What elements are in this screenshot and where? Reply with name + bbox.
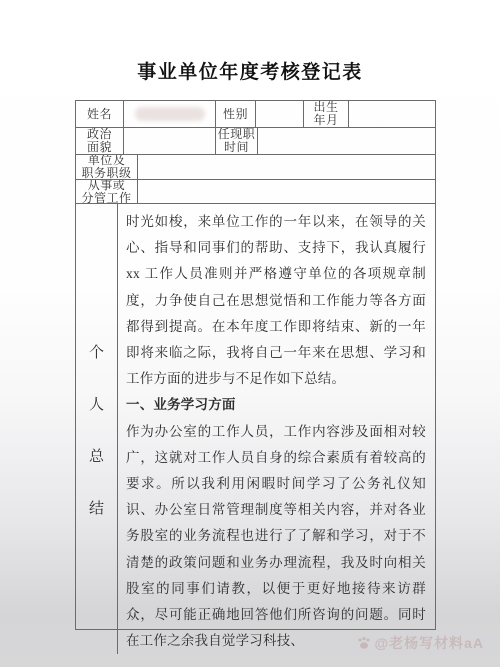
form-row-unit: 单位及 职务职级 xyxy=(76,155,435,180)
name-value-cell xyxy=(124,101,216,127)
watermark-text: @老杨写材料aA xyxy=(374,633,484,653)
summary-section-heading: 一、业务学习方面 xyxy=(126,392,426,418)
duty-label-line2: 分管工作 xyxy=(81,192,131,204)
tenure-label-line2: 时间 xyxy=(224,141,249,154)
political-label-line2: 面貌 xyxy=(87,141,112,154)
birth-value-cell xyxy=(349,101,435,127)
unit-label-line2: 职务职级 xyxy=(81,167,131,179)
redacted-name-blur xyxy=(135,107,205,121)
form-row-basic-info: 姓名 性别 出生 年月 xyxy=(76,101,435,128)
duty-label-line1: 从事或 xyxy=(88,180,126,192)
watermark-paw-icon xyxy=(357,636,371,650)
tenure-value-cell xyxy=(258,128,435,154)
tenure-label-cell: 任现职 时间 xyxy=(216,128,258,154)
gender-value-cell xyxy=(256,101,304,127)
summary-paragraph-1: 时光如梭，来单位工作的一年以来，在领导的关心、指导和同事们的帮助、支持下，我认真… xyxy=(126,209,426,392)
summary-label-char: 人 xyxy=(89,393,104,414)
summary-paragraph-2: 作为办公室的工作人员，工作内容涉及面相对较广，这就对工作人员自身的综合素质有着较… xyxy=(126,419,426,655)
political-value-cell xyxy=(124,128,216,154)
summary-label-char: 结 xyxy=(89,497,104,518)
form-row-summary: 个 人 总 结 时光如梭，来单位工作的一年以来，在领导的关心、指导和同事们的帮助… xyxy=(76,204,435,654)
form-row-political-tenure: 政治 面貌 任现职 时间 xyxy=(76,128,435,155)
political-label-cell: 政治 面貌 xyxy=(76,128,124,154)
summary-label-char: 总 xyxy=(89,445,104,466)
gender-label: 性别 xyxy=(223,108,248,121)
name-label-cell: 姓名 xyxy=(76,101,124,127)
assessment-form-table: 姓名 性别 出生 年月 政治 面貌 任现职 时间 xyxy=(75,100,436,630)
form-title: 事业单位年度考核登记表 xyxy=(0,57,500,84)
unit-label-cell: 单位及 职务职级 xyxy=(76,155,138,179)
summary-label-char: 个 xyxy=(89,341,104,362)
form-row-duty: 从事或 分管工作 xyxy=(76,180,435,204)
duty-label-cell: 从事或 分管工作 xyxy=(76,180,138,203)
duty-value-cell xyxy=(138,180,435,203)
unit-value-cell xyxy=(138,155,435,179)
birth-label-cell: 出生 年月 xyxy=(304,101,349,127)
gender-label-cell: 性别 xyxy=(216,101,256,127)
watermark: @老杨写材料aA xyxy=(357,633,484,653)
summary-section-label: 个 人 总 结 xyxy=(76,204,118,654)
name-label: 姓名 xyxy=(87,108,112,121)
birth-label-line2: 年月 xyxy=(313,114,338,127)
summary-text-cell: 时光如梭，来单位工作的一年以来，在领导的关心、指导和同事们的帮助、支持下，我认真… xyxy=(118,204,435,654)
